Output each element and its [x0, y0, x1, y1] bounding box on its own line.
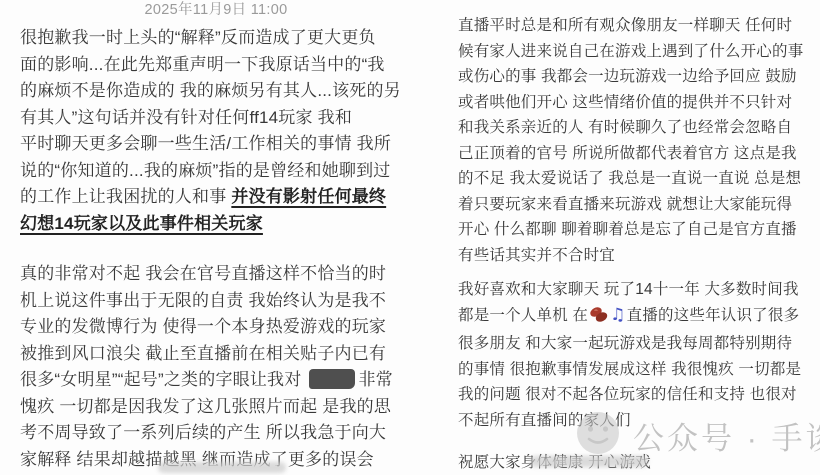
text-line: 直播平时总是和所有观众像朋友一样聊天 任何时: [458, 13, 818, 39]
text-segment: 机上说这件事出于无限的自责 我始终认为是我不: [20, 291, 386, 310]
text-line: 的麻烦不是你造成的 我的麻烦另有其人...该死的另: [20, 78, 412, 105]
text-segment: 说的“你知道的...我的麻烦”指的是曾经和她聊到过: [20, 161, 391, 180]
text-line: 我的问题 很对不起各位玩家的信任和支持 也很对: [458, 382, 818, 408]
text-line: 的工作上让我困扰的人和事 并没有影射任何最终: [20, 184, 412, 211]
text-segment: 或伤心的事 我都会一边玩游戏一边给予回应 鼓励: [458, 68, 797, 85]
text-segment: 真的非常对不起 我会在官号直播这样不恰当的时: [20, 264, 386, 283]
text-segment: 和我关系亲近的人 有时候聊久了也经常会忽略自: [458, 119, 792, 136]
text-segment: 的麻烦不是你造成的 我的麻烦另有其人...该死的另: [20, 81, 401, 100]
text-line: 或者哄他们开心 这些情绪价值的提供并不只针对: [458, 90, 818, 116]
faint-watermark-right: [530, 456, 648, 467]
text-line: 很多朋友 和大家一起玩游戏是我每周都特别期待: [458, 331, 818, 357]
text-segment: 直播的这些年认识了很多: [627, 307, 800, 324]
text-segment: 直播平时总是和所有观众像朋友一样聊天 任何时: [458, 17, 792, 34]
text-line: 幻想14玩家以及此事件相关玩家: [20, 211, 412, 238]
text-segment: 有些话其实并不合时宜: [458, 247, 615, 264]
text-line: 愧疚 一切都是因我发了这几张照片而起 是我的思: [20, 394, 412, 421]
text-segment: 被推到风口浪尖 截止至直播前在相关贴子内已有: [20, 344, 386, 363]
right-column: 直播平时总是和所有观众像朋友一样聊天 任何时候有家人进来说自己在游戏上遇到了什么…: [458, 13, 818, 475]
text-segment: 或者哄他们开心 这些情绪价值的提供并不只针对: [458, 94, 792, 111]
text-segment: 我好喜欢和大家聊天 玩了14十一年 大多数时间我: [458, 281, 799, 298]
text-segment: 的不足 我太爱说话了 我总是一直说一直说 总是想: [458, 170, 801, 187]
text-segment: 的工作上让我困扰的人和事: [20, 187, 231, 206]
text-line: 有些话其实并不合时宜: [458, 243, 818, 269]
text-segment: 有其人”这句话并没有针对任何ff14玩家 我和: [20, 108, 352, 127]
text-line: 着只要玩家来看直播来玩游戏 就想让大家能玩得: [458, 192, 818, 218]
emphasized-text: 幻想14玩家以及此事件相关玩家: [20, 214, 263, 233]
text-line: 我好喜欢和大家聊天 玩了14十一年 大多数时间我: [458, 277, 818, 303]
text-line: 考不周导致了一系列后续的产生 所以我急于向大: [20, 420, 412, 447]
beans-emoji-icon: [589, 306, 608, 332]
text-line: 开心 什么都聊 聊着聊着总是忘了自己是官方直播: [458, 217, 818, 243]
text-segment: 不起所有直播间的家人们: [458, 412, 631, 429]
left-column: 2025年11月9日 11:00 很抱歉我一时上头的“解释”反而造成了更大更负面…: [20, 0, 412, 473]
text-line: 己正顶着的官号 所说所做都代表着官方 这点是我: [458, 141, 818, 167]
text-segment: 我的问题 很对不起各位玩家的信任和支持 也很对: [458, 386, 797, 403]
text-line: 和我关系亲近的人 有时候聊久了也经常会忽略自: [458, 115, 818, 141]
text-segment: 愧疚 一切都是因我发了这几张照片而起 是我的思: [20, 397, 391, 416]
paragraph: 真的非常对不起 我会在官号直播这样不恰当的时机上说这件事出于无限的自责 我始终认…: [20, 261, 412, 473]
text-line: 被推到风口浪尖 截止至直播前在相关贴子内已有: [20, 341, 412, 368]
faint-watermark-left: [158, 462, 286, 473]
text-line: 都是一个人单机 在♫直播的这些年认识了很多: [458, 303, 818, 332]
text-segment: 都是一个人单机 在: [458, 307, 588, 324]
text-line: 有其人”这句话并没有针对任何ff14玩家 我和: [20, 105, 412, 132]
text-line: 不起所有直播间的家人们: [458, 408, 818, 434]
text-line: 的事情 很抱歉事情发展成这样 我很愧疚 一切都是: [458, 357, 818, 383]
text-line: 专业的发微博行为 使得一个本身热爱游戏的玩家: [20, 314, 412, 341]
emphasized-text: 并没有影射任何最终: [231, 187, 386, 206]
text-segment: 面的影响...在此先郑重声明一下我原话当中的“我: [20, 55, 385, 74]
text-segment: 着只要玩家来看直播来玩游戏 就想让大家能玩得: [458, 196, 792, 213]
left-paragraphs: 很抱歉我一时上头的“解释”反而造成了更大更负面的影响...在此先郑重声明一下我原…: [20, 25, 412, 473]
text-segment: 考不周导致了一系列后续的产生 所以我急于向大: [20, 423, 386, 442]
text-line: 真的非常对不起 我会在官号直播这样不恰当的时: [20, 261, 412, 288]
text-line: 很多“女明星”“起号”之类的字眼让我对非常: [20, 367, 412, 394]
text-line: 面的影响...在此先郑重声明一下我原话当中的“我: [20, 52, 412, 79]
text-line: 的不足 我太爱说话了 我总是一直说一直说 总是想: [458, 166, 818, 192]
text-segment: 的事情 很抱歉事情发展成这样 我很愧疚 一切都是: [458, 361, 801, 378]
text-segment: 很抱歉我一时上头的“解释”反而造成了更大更负: [20, 28, 376, 47]
text-segment: 专业的发微博行为 使得一个本身热爱游戏的玩家: [20, 317, 386, 336]
text-line: 说的“你知道的...我的麻烦”指的是曾经和她聊到过: [20, 158, 412, 185]
post-timestamp: 2025年11月9日 11:00: [20, 0, 412, 20]
text-line: 机上说这件事出于无限的自责 我始终认为是我不: [20, 288, 412, 315]
text-line: 候有家人进来说自己在游戏上遇到了什么开心的事: [458, 39, 818, 65]
text-segment: 候有家人进来说自己在游戏上遇到了什么开心的事: [458, 43, 803, 60]
paragraph: 我好喜欢和大家聊天 玩了14十一年 大多数时间我都是一个人单机 在♫直播的这些年…: [458, 277, 818, 433]
redacted-name-box: [309, 369, 355, 389]
music-notes-icon: ♫: [610, 305, 625, 325]
paragraph: 直播平时总是和所有观众像朋友一样聊天 任何时候有家人进来说自己在游戏上遇到了什么…: [458, 13, 818, 268]
text-line: 很抱歉我一时上头的“解释”反而造成了更大更负: [20, 25, 412, 52]
text-segment: 平时聊天更多会聊一些生活/工作相关的事情 我所: [20, 134, 391, 153]
text-segment: 非常: [358, 370, 392, 389]
text-line: 平时聊天更多会聊一些生活/工作相关的事情 我所: [20, 131, 412, 158]
right-paragraphs: 直播平时总是和所有观众像朋友一样聊天 任何时候有家人进来说自己在游戏上遇到了什么…: [458, 13, 818, 475]
statement-screenshot: 2025年11月9日 11:00 很抱歉我一时上头的“解释”反而造成了更大更负面…: [0, 0, 820, 475]
text-segment: 很多朋友 和大家一起玩游戏是我每周都特别期待: [458, 335, 792, 352]
text-segment: 很多“女明星”“起号”之类的字眼让我对: [20, 370, 301, 389]
text-line: 或伤心的事 我都会一边玩游戏一边给予回应 鼓励: [458, 64, 818, 90]
text-segment: 己正顶着的官号 所说所做都代表着官方 这点是我: [458, 145, 797, 162]
paragraph: 很抱歉我一时上头的“解释”反而造成了更大更负面的影响...在此先郑重声明一下我原…: [20, 25, 412, 237]
text-segment: 开心 什么都聊 聊着聊着总是忘了自己是官方直播: [458, 221, 797, 238]
